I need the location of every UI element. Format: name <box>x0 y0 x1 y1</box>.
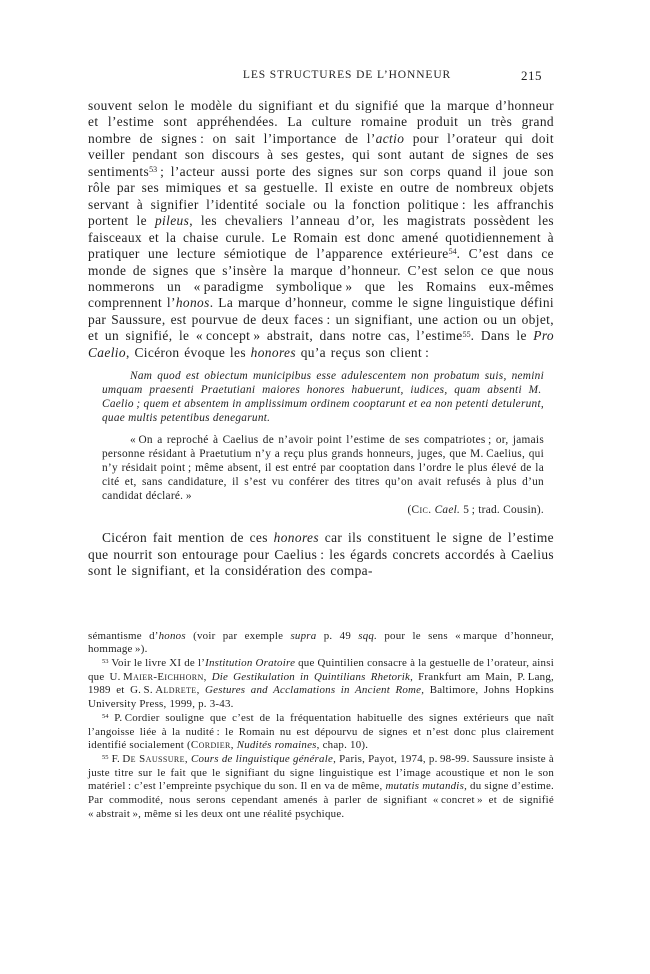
body-paragraph-1: souvent selon le modèle du signifiant et… <box>88 98 554 361</box>
footnote-54: 54 P. Cordier souligne que c’est de la f… <box>88 712 554 753</box>
footnote-55: 55 F. De Saussure, Cours de linguistique… <box>88 753 554 822</box>
running-head: LES STRUCTURES DE L’HONNEUR 215 <box>88 68 554 84</box>
latin-quote: Nam quod est obiectum municipibus esse a… <box>102 369 544 425</box>
running-head-title: LES STRUCTURES DE L’HONNEUR <box>114 69 580 81</box>
page-number: 215 <box>521 68 542 84</box>
scanned-book-page: LES STRUCTURES DE L’HONNEUR 215 souvent … <box>0 0 650 974</box>
page-body: souvent selon le modèle du signifiant et… <box>88 98 554 580</box>
body-paragraph-2: Cicéron fait mention de ces honores car … <box>88 530 554 579</box>
footnote-53: 53 Voir le livre XI de l’Institution Ora… <box>88 657 554 712</box>
quote-attribution: (Cic. Cael. 5 ; trad. Cousin). <box>102 503 544 517</box>
translation-quote: « On a reproché à Caelius de n’avoir poi… <box>102 433 544 503</box>
footnotes: sémantisme d’honos (voir par exemple sup… <box>88 630 554 822</box>
footnote-continuation: sémantisme d’honos (voir par exemple sup… <box>88 630 554 657</box>
